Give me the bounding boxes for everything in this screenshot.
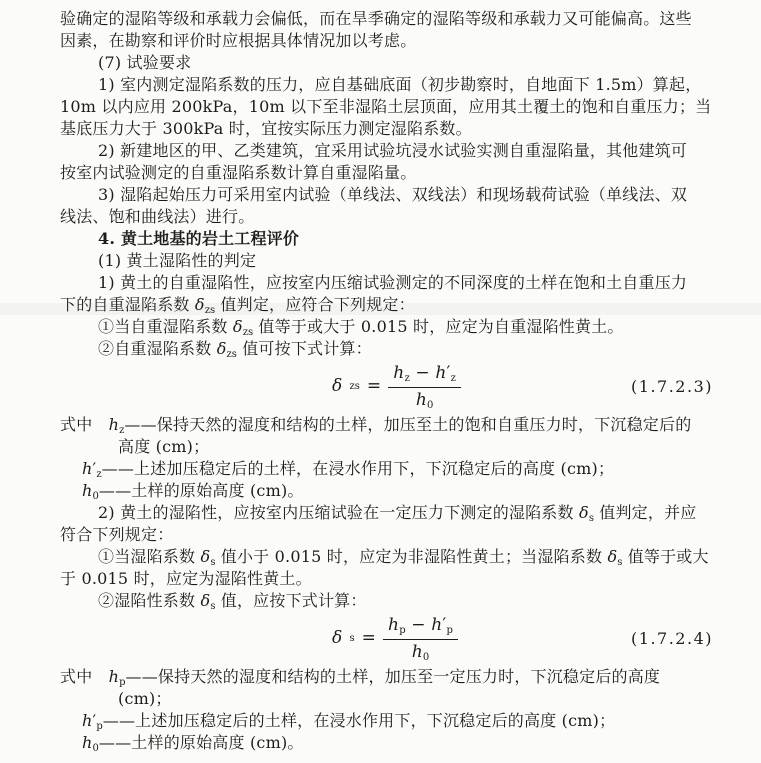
equals-sign: =: [362, 629, 376, 649]
subscript: z: [404, 373, 409, 384]
doc-line: (1) 黄土湿陷性的判定: [98, 250, 715, 272]
equals-sign: =: [367, 377, 381, 397]
doc-line: 1) 室内测定湿陷系数的压力，应自基础底面（初步勘察时，自地面下 1.5m）算起…: [98, 74, 715, 96]
subscript: zs: [227, 349, 237, 360]
math-variable: h: [82, 481, 93, 500]
subscript: p: [446, 625, 452, 636]
subscript: 0: [93, 491, 99, 502]
document-content: 验确定的湿陷等级和承载力会偏低，而在旱季确定的湿陷等级和承载力又可能偏高。这些因…: [60, 8, 715, 754]
math-variable: h: [109, 667, 120, 686]
subscript: p: [399, 625, 405, 636]
subscript: zs: [205, 305, 215, 316]
doc-line: 基底压力大于 300kPa 时，宜按实际压力测定湿陷系数。: [60, 118, 715, 140]
subscript: s: [589, 513, 594, 524]
doc-line: 于 0.015 时，应定为湿陷性黄土。: [60, 568, 715, 590]
subscript: zs: [243, 327, 253, 338]
subscript: s: [617, 557, 622, 568]
math-variable: h: [82, 711, 93, 730]
fraction-denominator: h0: [388, 388, 461, 411]
subscript: 0: [423, 652, 429, 663]
math-variable: h: [412, 642, 423, 662]
math-variable: h: [82, 459, 93, 478]
doc-line: 因素，在勘察和评价时应根据具体情况加以考虑。: [60, 30, 715, 52]
doc-line: 2) 新建地区的甲、乙类建筑，宜采用试验坑浸水试验实测自重湿陷量，其他建筑可: [98, 140, 715, 162]
math-variable: h: [109, 415, 120, 434]
subscript: 0: [93, 743, 99, 754]
math-variable: δ: [201, 591, 211, 610]
math-variable: δ: [332, 377, 342, 397]
fraction-numerator: hp − h′p: [383, 616, 458, 640]
doc-line: h′z——上述加压稳定后的土样，在浸水作用下，下沉稳定后的高度 (cm)；: [82, 458, 715, 480]
doc-line: ①当湿陷系数 δs 值小于 0.015 时，应定为非湿陷性黄土；当湿陷系数 δs…: [98, 546, 715, 568]
doc-line: (7) 试验要求: [98, 52, 715, 74]
math-variable: h: [431, 615, 442, 635]
doc-line: 式中 hz——保持天然的湿度和结构的土样，加压至土的饱和自重压力时，下沉稳定后的: [60, 414, 715, 436]
math-variable: δ: [217, 339, 227, 358]
subscript: z: [451, 373, 456, 384]
doc-line: 按室内试验测定的自重湿陷系数计算自重湿陷量。: [60, 162, 715, 184]
math-variable: δ: [579, 503, 589, 522]
doc-line: 3) 湿陷起始压力可采用室内试验（单线法、双线法）和现场载荷试验（单线法、双: [98, 184, 715, 206]
math-variable: δ: [607, 547, 617, 566]
fraction: hp − h′ph0: [383, 616, 458, 662]
fraction: hz − h′zh0: [388, 364, 461, 410]
doc-line: ①当自重湿陷系数 δzs 值等于或大于 0.015 时，应定为自重湿陷性黄土。: [98, 316, 715, 338]
doc-line: ②自重湿陷系数 δzs 值可按下式计算：: [98, 338, 715, 360]
subscript: 0: [427, 400, 433, 411]
math-variable: δ: [233, 317, 243, 336]
document-page: 验确定的湿陷等级和承载力会偏低，而在旱季确定的湿陷等级和承载力又可能偏高。这些因…: [0, 0, 761, 763]
equation-number: (1.7.2.3): [631, 376, 713, 398]
formula-block: δs=hp − h′ph0(1.7.2.4): [60, 612, 715, 666]
math-variable: h: [388, 615, 399, 635]
subscript: z: [119, 425, 124, 436]
doc-line: 验确定的湿陷等级和承载力会偏低，而在旱季确定的湿陷等级和承载力又可能偏高。这些: [60, 8, 715, 30]
formula-block: δzs=hz − h′zh0(1.7.2.3): [60, 360, 715, 414]
math-variable: h: [393, 363, 404, 383]
equation-number: (1.7.2.4): [631, 628, 713, 650]
doc-line: 下的自重湿陷系数 δzs 值判定，应符合下列规定：: [60, 294, 715, 316]
doc-line: 1) 黄土的自重湿陷性，应按室内压缩试验测定的不同深度的土样在饱和土自重压力: [98, 272, 715, 294]
doc-line: 式中 hp——保持天然的湿度和结构的土样，加压至一定压力时，下沉稳定后的高度: [60, 666, 715, 688]
fraction-numerator: hz − h′z: [388, 364, 461, 388]
subscript: s: [210, 557, 215, 568]
math-variable: δ: [201, 547, 211, 566]
doc-line: h0——土样的原始高度 (cm)。: [82, 732, 715, 754]
doc-line: 线法、饱和曲线法）进行。: [60, 206, 715, 228]
doc-line: h′p——上述加压稳定后的土样，在浸水作用下，下沉稳定后的高度 (cm)；: [82, 710, 715, 732]
subscript: p: [119, 677, 125, 688]
subscript: s: [210, 601, 215, 612]
doc-line: ②湿陷性系数 δs 值，应按下式计算：: [98, 590, 715, 612]
doc-line: 2) 黄土的湿陷性，应按室内压缩试验在一定压力下测定的湿陷系数 δs 值判定，并…: [98, 502, 715, 524]
math-variable: h: [82, 733, 93, 752]
math-variable: h: [416, 390, 427, 410]
doc-line: (cm)；: [118, 688, 715, 710]
fraction-denominator: h0: [383, 640, 458, 663]
doc-line: 10m 以内应用 200kPa，10m 以下至非湿陷土层顶面，应用其土覆土的饱和…: [60, 96, 715, 118]
subscript: z: [96, 469, 101, 480]
doc-line: h0——土样的原始高度 (cm)。: [82, 480, 715, 502]
subscript: p: [96, 721, 102, 732]
section-heading: 4. 黄土地基的岩土工程评价: [98, 228, 715, 250]
math-variable: δ: [195, 295, 205, 314]
math-variable: h: [435, 363, 446, 383]
equation: δzs=hz − h′zh0: [332, 364, 461, 410]
equation: δs=hp − h′ph0: [332, 616, 458, 662]
math-variable: δ: [332, 629, 342, 649]
doc-line: 高度 (cm)；: [118, 436, 715, 458]
doc-line: 符合下列规定：: [60, 524, 715, 546]
